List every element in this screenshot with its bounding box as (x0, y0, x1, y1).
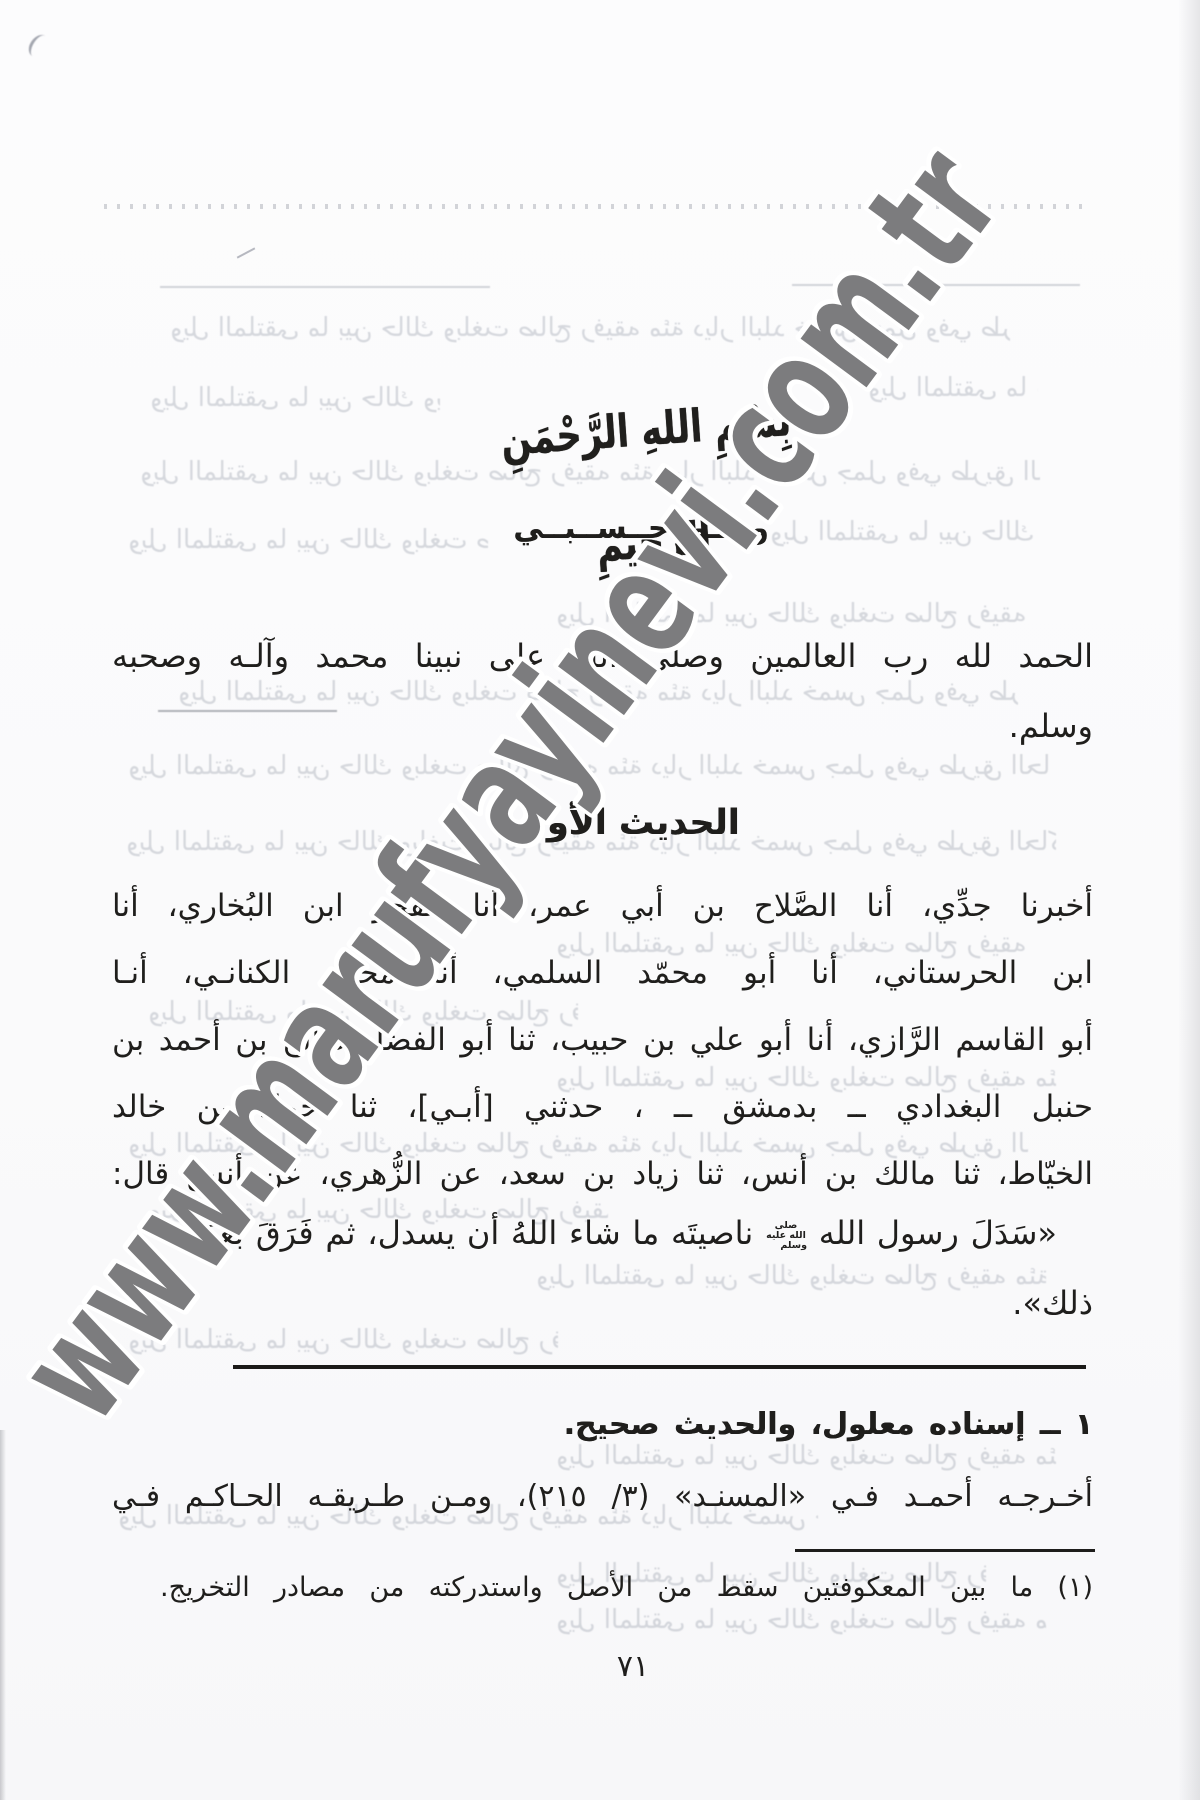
motto-text: وهــو حــســبــي (441, 506, 841, 552)
hadith-text-line-2: ذلك». (112, 1280, 1093, 1326)
isnad-line-2: ابن الحرستاني، أنا أبو محمّد السلمي، أنا… (112, 949, 1093, 997)
section-title: الحديث الأول (428, 799, 828, 847)
page-number: ٧١ (500, 1645, 766, 1689)
hadith-continuation: ناصيتَه ما شاء اللهُ أن يسدل، ثم فَرَقَ … (203, 1214, 765, 1252)
footnote-takhrij: أخـرجـه أحمـد فـي «المسنـد» (٣/ ٢١٥)، وم… (112, 1473, 1093, 1521)
hadith-text-line-1: «سَدَلَ رسول الله صلى الله عليه وسلم ناص… (203, 1208, 1057, 1258)
footnote-grading: ١ ــ إسناده معلول، والحديث صحيح. (112, 1402, 1093, 1448)
isnad-line-5: الخيّاط، ثنا مالك بن أنس، ثنا زياد بن سع… (112, 1150, 1093, 1198)
editor-note: (١) ما بين المعكوفتين سقط من الأصل واستد… (160, 1566, 1093, 1610)
preface-line-2: وسلم. (112, 704, 1093, 748)
isnad-line-3: أبو القاسم الرَّازي، أنا أبو علي بن حبيب… (112, 1016, 1093, 1064)
basmala-calligraphy: بِسْمِ اللهِ الرَّحْمَنِ الرَّحِيمِ (461, 361, 831, 498)
isnad-line-4: حنبل البغدادي ــ بدمشق ــ ، حدثني [أبـي]… (112, 1083, 1093, 1131)
scanned-book-page: ويل الملتقى ما بين حالك وبلغت صالح رفيقه… (0, 0, 1200, 1800)
preface-line-1: الحمد لله رب العالمين وصلَّى الله على نب… (112, 630, 1093, 682)
footnote-divider (233, 1365, 1086, 1369)
honorific-seal: صلى الله عليه وسلم (765, 1221, 807, 1251)
isnad-line-1: أخبرنا جدِّي، أنا الصَّلاح بن أبي عمر، أ… (112, 882, 1131, 930)
hadith-opening: «سَدَلَ رسول الله (807, 1214, 1057, 1252)
page-content: بِسْمِ اللهِ الرَّحْمَنِ الرَّحِيمِ وهــ… (0, 0, 1200, 1800)
note-divider (795, 1549, 1095, 1552)
